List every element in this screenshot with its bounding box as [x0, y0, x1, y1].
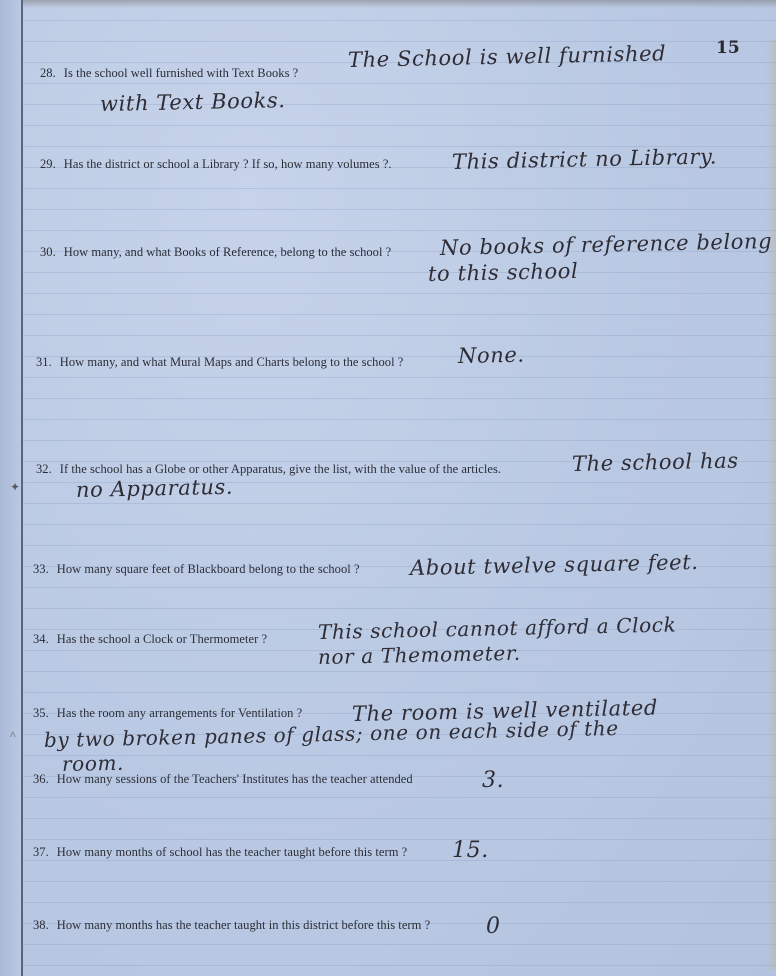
question-text: Has the district or school a Library ? I…	[64, 157, 392, 171]
question-36: 36.How many sessions of the Teachers' In…	[33, 772, 413, 787]
question-32: 32.If the school has a Globe or other Ap…	[36, 462, 501, 477]
question-34: 34.Has the school a Clock or Thermometer…	[33, 632, 267, 647]
binding-tear-mark: ✦	[10, 480, 20, 495]
question-35: 35.Has the room any arrangements for Ven…	[33, 706, 302, 721]
question-number: 28.	[40, 66, 56, 81]
question-37: 37.How many months of school has the tea…	[33, 845, 407, 860]
question-text: Is the school well furnished with Text B…	[64, 66, 299, 80]
answer-32-line-1: The school has	[572, 449, 739, 476]
margin-caret-mark: ^	[10, 728, 16, 743]
question-number: 38.	[33, 918, 49, 933]
answer-32-line-2: no Apparatus.	[76, 475, 234, 502]
question-number: 35.	[33, 706, 49, 721]
question-number: 37.	[33, 845, 49, 860]
question-text: Has the room any arrangements for Ventil…	[57, 706, 302, 720]
answer-31-line-1: None.	[458, 343, 525, 368]
answer-28-line-2: with Text Books.	[100, 88, 286, 116]
binding-line	[21, 0, 23, 976]
question-29: 29.Has the district or school a Library …	[40, 157, 392, 172]
question-text: How many months has the teacher taught i…	[57, 918, 430, 932]
question-31: 31.How many, and what Mural Maps and Cha…	[36, 355, 403, 370]
answer-38-line-1: 0	[486, 914, 501, 939]
question-number: 31.	[36, 355, 52, 370]
question-text: How many, and what Mural Maps and Charts…	[60, 355, 404, 369]
question-number: 29.	[40, 157, 56, 172]
question-30: 30.How many, and what Books of Reference…	[40, 245, 391, 260]
question-number: 32.	[36, 462, 52, 477]
question-text: How many, and what Books of Reference, b…	[64, 245, 392, 259]
page-top-shadow	[23, 0, 776, 8]
question-38: 38.How many months has the teacher taugh…	[33, 918, 430, 933]
question-number: 30.	[40, 245, 56, 260]
answer-30-line-2: to this school	[428, 259, 579, 286]
question-number: 34.	[33, 632, 49, 647]
answer-34-line-2: nor a Themometer.	[318, 641, 521, 669]
answer-37-line-1: 15.	[452, 838, 489, 863]
question-28: 28.Is the school well furnished with Tex…	[40, 66, 298, 81]
question-number: 36.	[33, 772, 49, 787]
question-number: 33.	[33, 562, 49, 577]
question-text: How many sessions of the Teachers' Insti…	[57, 772, 413, 786]
question-text: Has the school a Clock or Thermometer ?	[57, 632, 267, 646]
question-text: If the school has a Globe or other Appar…	[60, 462, 501, 476]
page-edge-stain	[766, 40, 776, 970]
question-33: 33.How many square feet of Blackboard be…	[33, 562, 360, 577]
page-number: 15	[716, 38, 740, 58]
question-text: How many square feet of Blackboard belon…	[57, 562, 360, 576]
answer-36-line-1: 3.	[482, 768, 504, 793]
question-text: How many months of school has the teache…	[57, 845, 407, 859]
